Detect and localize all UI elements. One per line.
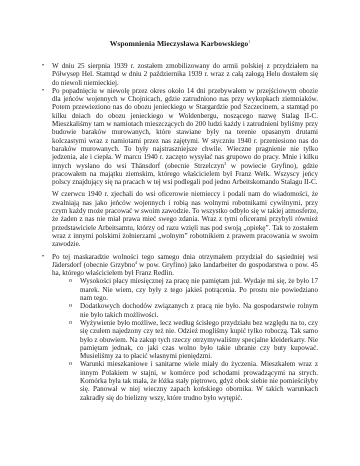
hollow-bullet-icon: o (69, 277, 72, 285)
document-title: Wspomnienia Mieczysława Karbowskiego1 (0, 38, 360, 48)
paragraph-text: W dniu 25 sierpnia 1939 r. zostałem zmob… (52, 62, 318, 87)
bullet-paragraph-2: • Po popadnięciu w niewolę przez okres o… (52, 87, 318, 187)
paragraph-text: W czerwcu 1940 r. zjechali do wsi oficer… (52, 190, 318, 248)
document-body: • W dniu 25 sierpnia 1939 r. zostałem zm… (52, 62, 318, 402)
paragraph-text: Po popadnięciu w niewolę przez okres oko… (52, 87, 318, 170)
title-footnote-marker: 1 (248, 39, 250, 44)
sub-item-text: Dodatkowych dochodów związanych z pracą … (80, 302, 318, 318)
sub-list-item-4: o Warunki mieszkaniowe i sanitarne wiele… (80, 360, 318, 401)
sub-list-item-1: o Wysokości płacy miesięcznej za pracę n… (80, 277, 318, 302)
hollow-bullet-icon: o (69, 302, 72, 310)
sub-list-item-2: o Dodatkowych dochodów związanych z prac… (80, 302, 318, 319)
sub-item-text: Wysokości płacy miesięcznej za pracę nie… (80, 277, 318, 302)
title-text: Wspomnienia Mieczysława Karbowskiego (110, 39, 248, 48)
hollow-bullet-icon: o (69, 319, 72, 327)
bullet-icon: • (42, 87, 44, 95)
sub-list-item-3: o Wyżywienie było możliwe, lecz według ś… (80, 319, 318, 360)
hollow-bullet-icon: o (69, 360, 72, 368)
bullet-icon: • (42, 62, 44, 70)
bullet-icon: • (42, 253, 44, 261)
bullet-paragraph-3: • Po tej maskaradzie wolności tego sameg… (52, 253, 318, 278)
sub-item-text: Wyżywienie było możliwe, lecz według ści… (80, 319, 318, 360)
bullet-paragraph-1: • W dniu 25 sierpnia 1939 r. zostałem zm… (52, 62, 318, 87)
document-page: Wspomnienia Mieczysława Karbowskiego1 • … (0, 0, 360, 466)
continuation-paragraph: W czerwcu 1940 r. zjechali do wsi oficer… (52, 190, 318, 248)
sub-item-text: Warunki mieszkaniowe i sanitarne wiele m… (80, 360, 318, 401)
